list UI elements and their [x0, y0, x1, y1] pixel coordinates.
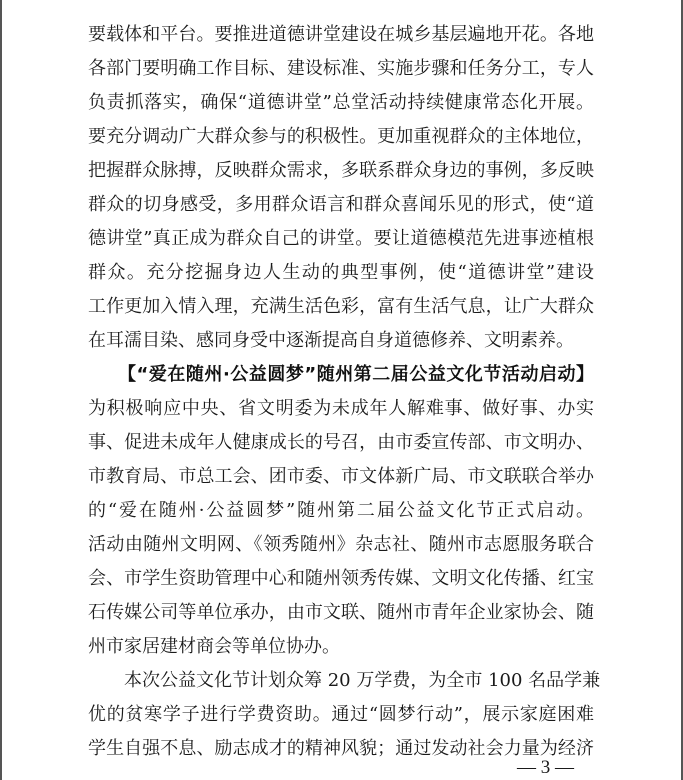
text-line: 负责抓落实，确保“道德讲堂”总堂活动持续健康常态化开展。: [88, 86, 594, 120]
text-line: 群众。充分挖掘身边人生动的典型事例，使“道德讲堂”建设: [88, 256, 594, 290]
text-line: 把握群众脉搏，反映群众需求，多联系群众身边的事例，多反映: [88, 154, 594, 188]
text-line: 要载体和平台。要推进道德讲堂建设在城乡基层遍地开花。各地: [88, 18, 594, 52]
text-line: 要充分调动广大群众参与的积极性。更加重视群众的主体地位，: [88, 120, 594, 154]
section-heading: 【“爱在随州·公益圆梦”随州第二届公益文化节活动启动】: [88, 358, 594, 392]
text-line: 市教育局、市总工会、团市委、市文体新广局、市文联联合举办: [88, 460, 594, 494]
text-line: 德讲堂”真正成为群众自己的讲堂。要让道德模范先进事迹植根: [88, 222, 594, 256]
text-line: 各部门要明确工作目标、建设标准、实施步骤和任务分工，专人: [88, 52, 594, 86]
text-line: 本次公益文化节计划众筹 20 万学费，为全市 100 名品学兼: [88, 664, 594, 698]
text-line: 州市家居建材商会等单位协办。: [88, 630, 594, 664]
text-line: 会、市学生资助管理中心和随州领秀传媒、文明文化传播、红宝: [88, 562, 594, 596]
text-line: 石传媒公司等单位承办，由市文联、随州市青年企业家协会、随: [88, 596, 594, 630]
text-line: 事、促进未成年人健康成长的号召，由市委宣传部、市文明办、: [88, 426, 594, 460]
text-line: 工作更加入情入理，充满生活色彩，富有生活气息，让广大群众: [88, 290, 594, 324]
text-line: 活动由随州文明网、《领秀随州》杂志社、随州市志愿服务联合: [88, 528, 594, 562]
text-line: 群众的切身感受，多用群众语言和群众喜闻乐见的形式，使“道: [88, 188, 594, 222]
document-page: 要载体和平台。要推进道德讲堂建设在城乡基层遍地开花。各地 各部门要明确工作目标、…: [0, 0, 683, 780]
text-line: 为积极响应中央、省文明委为未成年人解难事、做好事、办实: [88, 392, 594, 426]
text-line: 的“爱在随州·公益圆梦”随州第二届公益文化节正式启动。: [88, 494, 594, 528]
text-line: 在耳濡目染、感同身受中逐渐提高自身道德修养、文明素养。: [88, 324, 594, 358]
page-number: — 3 —: [517, 757, 574, 779]
document-body: 要载体和平台。要推进道德讲堂建设在城乡基层遍地开花。各地 各部门要明确工作目标、…: [88, 18, 594, 766]
text-line: 优的贫寒学子进行学费资助。通过“圆梦行动”，展示家庭困难: [88, 698, 594, 732]
